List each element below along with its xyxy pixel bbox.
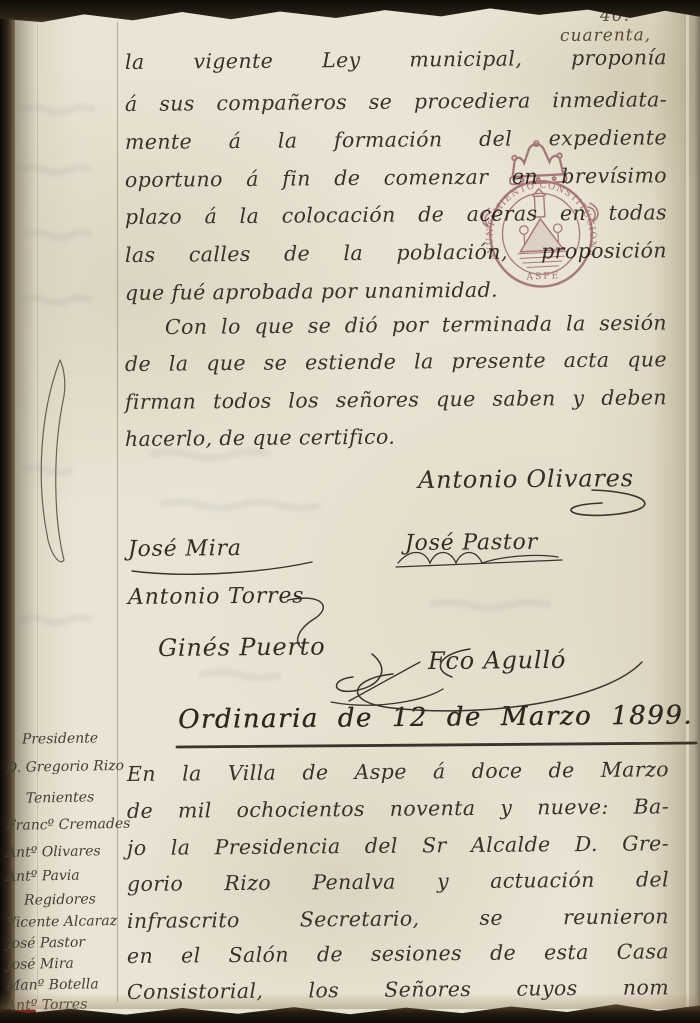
signature-gines-puerto: Ginés Puerto [158,633,326,662]
margin-note-regidores: Regidores [6,891,114,909]
body-line: gorio Rizo Penalva y actuación del [127,867,669,896]
margin-note-pastor: José Pastor [6,934,114,952]
municipal-seal-stamp: AYUNTAMIENTO CONSTITUCIONAL ASPE [458,132,624,298]
seal-mount [519,218,564,252]
body-line: infrascrito Secretario, se reunieron [127,904,669,933]
signature-jose-pastor: José Pastor [405,530,538,556]
margin-note-tenientes: Tenientes [6,789,114,807]
signature-jose-mira: José Mira [128,536,242,562]
margin-note-botella: Manº Botella [6,976,114,994]
seal-bottom-text: ASPE [525,270,560,283]
body-line: de mil ochocientos noventa y nueve: Ba- [127,794,669,823]
pastor-underline [396,560,562,567]
margin-note-pavia: Antº Pavia [6,867,114,885]
body-line: de la que se estiende la presente acta q… [125,347,667,376]
body-line: la vigente Ley municipal, proponía [125,45,667,74]
body-line: hacerlo, de que certifico. [125,422,667,451]
puerto-strokes [331,662,443,705]
signature-antonio-torres: Antonio Torres [128,583,305,610]
body-line: En la Villa de Aspe á doce de Marzo [127,757,669,786]
margin-note-olivares: Antº Olivares [6,843,114,861]
margin-note-gregorio-rizo: D. Gregorio Rizo [6,758,114,776]
olivares-paraph [571,490,645,515]
torn-top-edge [0,0,700,24]
body-line: á sus compañeros se procediera inmediata… [125,87,667,116]
puerto-paraph [337,654,382,691]
margin-rule-line [117,22,118,1002]
seal-crown [511,143,563,177]
body-line: jo la Presidencia del Sr Alcalde D. Gre- [127,831,669,860]
manuscript-page: 40. cuarenta, la vigente Ley municipal, … [0,0,700,1023]
margin-note-mira: José Mira [6,955,114,973]
margin-stray-mark [41,360,65,562]
signature-fco-agullo: Fco Agulló [428,646,566,675]
mira-flourish [132,562,312,574]
page-right-deckle [686,10,689,1010]
body-line: firman todos los señores que saben y deb… [125,385,667,414]
session-heading: Ordinaria de 12 de Marzo 1899. [178,701,693,735]
signature-antonio-olivares: Antonio Olivares [418,464,634,494]
body-line: Con lo que se dió por terminada la sesió… [165,311,667,339]
margin-note-cremades: Francº Cremades [6,816,114,834]
heading-underline [177,743,696,747]
margin-note-presidente: Presidente [6,730,114,748]
folio-word: cuarenta, [560,25,651,46]
margin-note-alcaraz: Vicente Alcaraz [6,913,114,931]
bottom-edge-smear [0,993,700,1009]
body-line: en el Salón de sesiones de esta Casa [127,939,669,968]
